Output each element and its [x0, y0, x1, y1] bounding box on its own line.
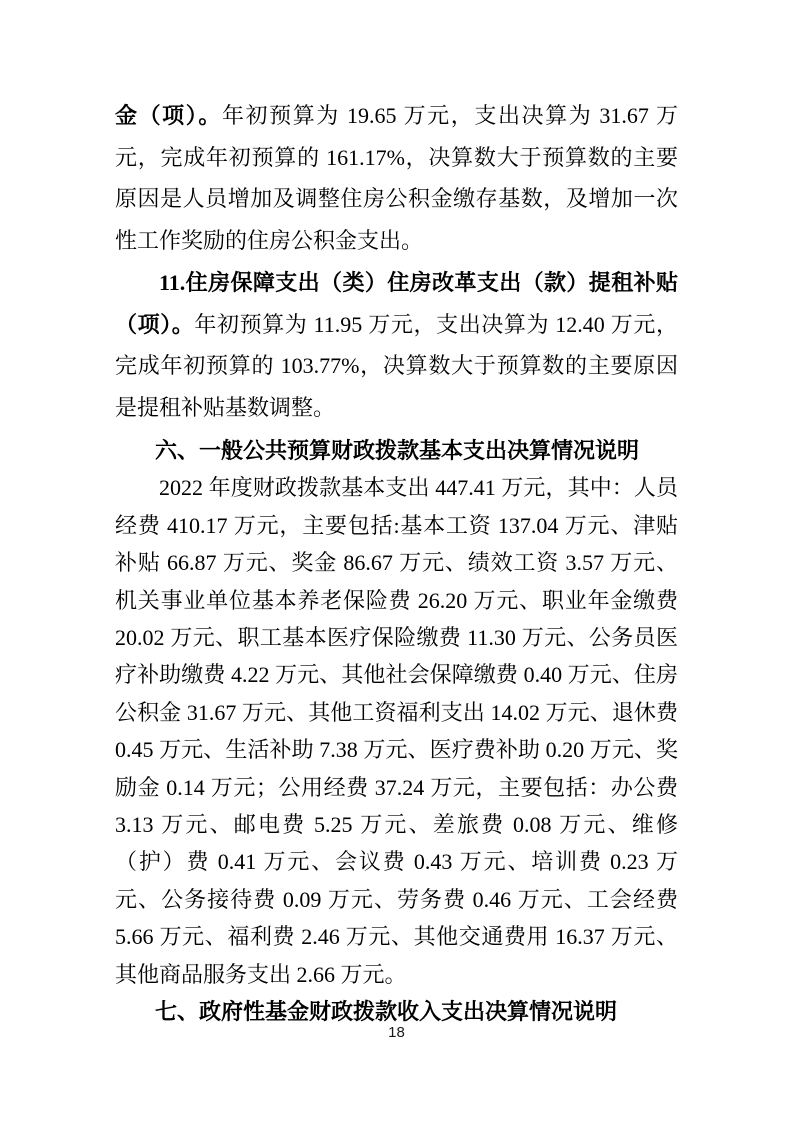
- paragraph-item-11-rent-subsidy: 11.住房保障支出（类）住房改革支出（款）提租补贴（项）。年初预算为 11.95…: [115, 262, 678, 429]
- paragraph-basic-expenditure-detail: 2022 年度财政拨款基本支出 447.41 万元，其中：人员经费 410.17…: [115, 469, 678, 993]
- paragraph-body-text: 年初预算为 11.95 万元，支出决算为 12.40 万元，完成年初预算的 10…: [115, 312, 678, 420]
- lower-text-block: 六、一般公共预算财政拨款基本支出决算情况说明 2022 年度财政拨款基本支出 4…: [115, 432, 678, 1031]
- paragraph-bold-lead: 金（项）。: [115, 103, 222, 128]
- paragraph-housing-provident-fund: 金（项）。年初预算为 19.65 万元，支出决算为 31.67 万元，完成年初预…: [115, 95, 678, 262]
- section-heading-six: 六、一般公共预算财政拨款基本支出决算情况说明: [115, 432, 678, 469]
- upper-text-block: 金（项）。年初预算为 19.65 万元，支出决算为 31.67 万元，完成年初预…: [115, 95, 678, 429]
- footer-page-number: 18: [0, 1024, 793, 1042]
- document-page: 金（项）。年初预算为 19.65 万元，支出决算为 31.67 万元，完成年初预…: [0, 0, 793, 1122]
